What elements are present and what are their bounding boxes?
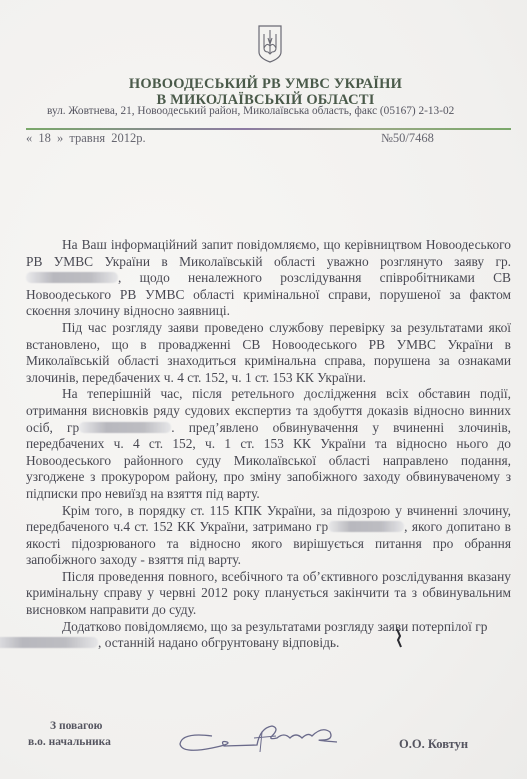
paragraph-1: На Ваш інформаційний запит повідомляємо,…: [26, 237, 511, 320]
redacted-name: [0, 637, 98, 648]
letter-page: НОВООДЕСЬКИЙ РВ УМВС УКРАЇНИ В МИКОЛАЇВС…: [0, 0, 527, 779]
letter-body: На Ваш інформаційний запит повідомляємо,…: [26, 237, 511, 652]
signature-left-block: З повагою в.о. начальника: [28, 718, 111, 750]
pen-mark: [396, 628, 402, 648]
paragraph-5: Після проведення повного, всебічного та …: [26, 569, 511, 619]
letter-number: №50/7468: [381, 131, 434, 146]
paragraph-3: На теперішній час, після ретельного досл…: [26, 386, 511, 502]
signer-position: в.о. начальника: [28, 734, 111, 750]
closing-text: З повагою: [28, 718, 111, 734]
letter-date: « 18 » травня 2012р.: [26, 131, 146, 146]
paragraph-2: Під час розгляду заяви проведено службов…: [26, 320, 511, 386]
paragraph-6: Додатково повідомляємо, що за результата…: [26, 619, 511, 652]
org-address: вул. Жовтнева, 21, Новоодеський район, М…: [47, 105, 454, 117]
paragraph-4: Крім того, в порядку ст. 115 КПК України…: [26, 503, 511, 569]
redacted-name: [79, 422, 171, 433]
redacted-name: [26, 272, 118, 283]
header-divider: [26, 128, 511, 130]
signer-name: О.О. Ковтун: [399, 737, 468, 752]
trident-emblem-icon: [257, 24, 283, 64]
redacted-name: [328, 521, 404, 532]
org-name-line1: НОВООДЕСЬКИЙ РВ УМВС УКРАЇНИ: [2, 76, 527, 93]
handwritten-signature: [172, 718, 342, 758]
